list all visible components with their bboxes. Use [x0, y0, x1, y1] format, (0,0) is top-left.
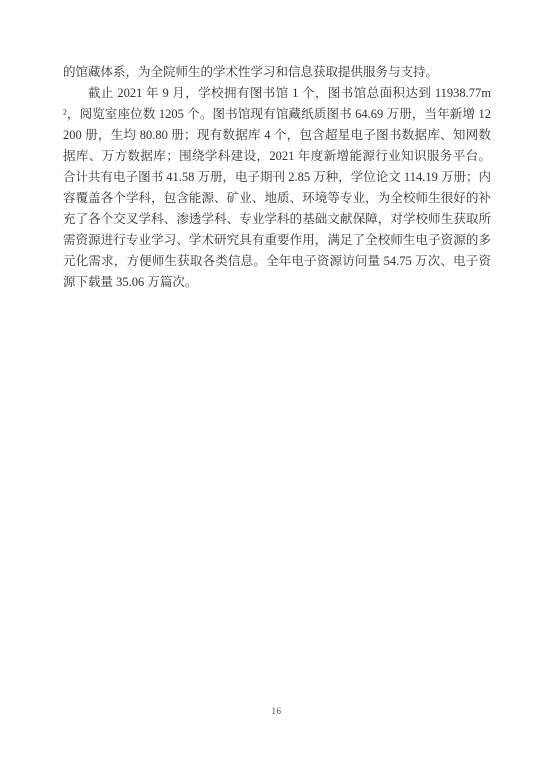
page-number: 16 [272, 706, 282, 716]
document-body: 的馆藏体系，为全院师生的学术性学习和信息获取提供服务与支持。 截止 2021 年… [63, 62, 491, 293]
paragraph-continuation: 的馆藏体系，为全院师生的学术性学习和信息获取提供服务与支持。 [63, 62, 491, 83]
paragraph-library-statistics: 截止 2021 年 9 月，学校拥有图书馆 1 个，图书馆总面积达到 11938… [63, 83, 491, 293]
page-footer: 16 [0, 701, 553, 719]
document-page: 的馆藏体系，为全院师生的学术性学习和信息获取提供服务与支持。 截止 2021 年… [0, 0, 553, 783]
